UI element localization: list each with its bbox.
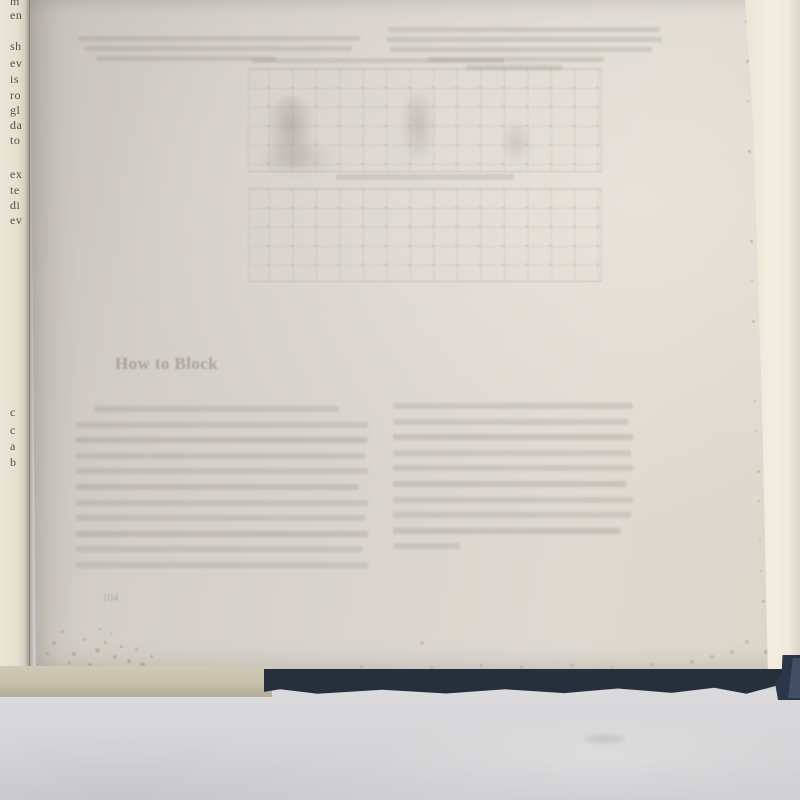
foxing-stain: [747, 100, 749, 102]
foxing-stain: [113, 655, 117, 659]
foxing-stain: [120, 645, 123, 648]
ghost-illustration-blob: [500, 118, 532, 166]
page-edge-letter: di: [10, 199, 30, 211]
ghost-text-line: [393, 512, 631, 518]
ghost-text-line: [393, 543, 460, 549]
ghost-text-line: [76, 546, 362, 552]
foxing-stain: [61, 630, 64, 633]
foxing-stain: [83, 638, 86, 641]
page-edge-letter: ev: [10, 57, 30, 69]
foxing-stain: [570, 664, 573, 667]
ghost-text-line: [386, 37, 662, 42]
foxing-stain: [755, 430, 757, 432]
foxing-stain: [127, 659, 131, 663]
page-edge-letter: a: [10, 440, 30, 452]
foxing-stain: [52, 641, 56, 645]
foxing-stain: [110, 633, 112, 635]
foxing-stain: [430, 666, 433, 669]
foxing-stain: [745, 640, 749, 644]
surface-smudge: [585, 735, 625, 743]
blank-book-page: How to Block 104: [30, 0, 770, 670]
ghost-table-caption-line: [252, 58, 504, 63]
book-photo: menshevisrogldatoextedievccab How to Blo…: [0, 0, 800, 800]
ghost-text-line: [76, 515, 365, 521]
ghost-text-line: [388, 27, 660, 32]
page-edge-letter: sh: [10, 40, 30, 52]
foxing-stain: [710, 655, 714, 659]
page-edge-letter: c: [10, 406, 30, 418]
page-edge-letters: menshevisrogldatoextedievccab: [0, 0, 30, 670]
ghost-text-line: [76, 437, 368, 443]
ghost-text-line: [76, 453, 365, 459]
page-edge-letter: en: [10, 9, 30, 21]
ghost-text-line: [94, 406, 339, 412]
page-edge-letter: to: [10, 134, 30, 146]
foxing-stain: [759, 540, 761, 542]
page-edge-letter: gl: [10, 104, 30, 116]
page-edge-letter: ro: [10, 89, 30, 101]
foxing-stain: [420, 641, 424, 645]
ghost-text-line: [393, 403, 633, 409]
foxing-stain: [72, 652, 76, 656]
foxing-stain: [750, 240, 753, 243]
page-edge-letter: b: [10, 456, 30, 468]
foxing-stain: [762, 600, 765, 603]
page-edge-letter: is: [10, 73, 30, 85]
ghost-text-line: [76, 562, 368, 568]
foxing-stain: [46, 652, 49, 655]
ghost-table-lower-grid: [248, 188, 602, 282]
foxing-stain: [757, 470, 760, 473]
foxing-stain: [690, 660, 694, 664]
ghost-text-line: [393, 481, 626, 487]
page-edge-letter: c: [10, 424, 30, 436]
page-edge-letter: da: [10, 119, 30, 131]
ghost-text-line: [393, 450, 631, 456]
foxing-stain: [104, 641, 107, 644]
ghost-text-line: [393, 434, 633, 440]
foxing-stain: [610, 666, 613, 669]
ghost-text-line: [76, 468, 368, 474]
page-edge-letter: te: [10, 184, 30, 196]
foxing-stain: [650, 663, 653, 666]
ghost-text-line: [84, 46, 352, 51]
page-edge-letter: ev: [10, 214, 30, 226]
foxing-stain: [68, 661, 71, 664]
foxing-stain: [480, 664, 483, 667]
foxing-stain: [95, 648, 100, 653]
ghost-table-middle-caption: [336, 174, 514, 180]
page-block-bottom-edge: [0, 666, 272, 697]
ghost-text-line: [76, 422, 368, 428]
foxing-stain: [760, 570, 762, 572]
ghost-text-line: [76, 531, 368, 537]
ghost-text-line: [390, 47, 652, 52]
foxing-stain: [751, 280, 753, 282]
foxing-stain: [135, 648, 138, 651]
ghost-text-line: [393, 419, 628, 425]
foxing-stain: [758, 500, 760, 502]
page-edge-letter: ex: [10, 168, 30, 180]
foxing-stain: [746, 60, 749, 63]
foxing-stain: [752, 320, 755, 323]
foxing-stain: [748, 150, 751, 153]
ghost-text-line: [393, 465, 633, 471]
ghost-table-showthrough: [248, 60, 600, 280]
ghost-text-line: [78, 36, 360, 41]
ghost-text-line: [76, 484, 359, 490]
ghost-text-line: [76, 500, 368, 506]
table-surface: [0, 690, 800, 800]
foxing-stain: [360, 665, 363, 668]
ghost-page-number: 104: [102, 592, 119, 604]
page-edge-letter: m: [10, 0, 30, 7]
ghost-illustration-blob: [254, 138, 338, 178]
ghost-illustration-blob: [400, 94, 436, 168]
foxing-stain: [99, 628, 101, 630]
foxing-stain: [520, 666, 523, 669]
foxing-stain: [754, 400, 756, 402]
ghost-text-line: [393, 497, 633, 503]
foxing-stain: [150, 655, 153, 658]
ghost-heading: How to Block: [115, 354, 218, 374]
ghost-text-line: [393, 528, 621, 534]
foxing-stain: [730, 650, 734, 654]
